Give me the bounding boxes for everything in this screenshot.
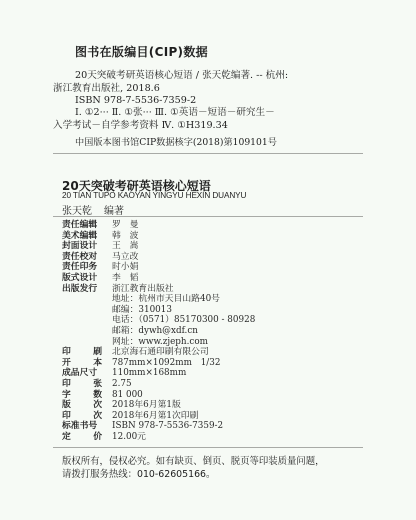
info-row: 责任编辑罗 曼 xyxy=(62,220,255,231)
info-value: 邮箱：dywh@xdf.cn xyxy=(112,326,198,337)
info-label xyxy=(62,294,112,305)
info-value: 12.00元 xyxy=(112,432,146,443)
info-value: 110mm×168mm xyxy=(112,368,186,379)
cip-line-3: ISBN 978-7-5536-7359-2 xyxy=(75,95,196,108)
info-row: 地址：杭州市天目山路40号 xyxy=(62,294,255,305)
info-row: 字数81 000 xyxy=(62,390,255,401)
info-row: 印次2018年6月第1次印刷 xyxy=(62,411,255,422)
info-label: 美术编辑 xyxy=(62,231,112,242)
cip-classification-1: Ⅰ. ①2··· Ⅱ. ①张··· Ⅲ. ①英语－短语－研究生－ xyxy=(75,107,275,120)
info-row: 定价12.00元 xyxy=(62,432,255,443)
info-label xyxy=(62,305,112,316)
info-label xyxy=(62,326,112,337)
info-label-char: 刷 xyxy=(93,347,102,358)
info-label xyxy=(62,315,112,326)
info-label: 版次 xyxy=(62,400,112,411)
info-label-text: 责任校对 xyxy=(62,252,97,263)
cip-record-number: 中国版本图书馆CIP数据核字(2018)第109101号 xyxy=(75,137,277,150)
info-row: 印刷北京海石通印刷有限公司 xyxy=(62,347,255,358)
info-value: 北京海石通印刷有限公司 xyxy=(112,347,209,358)
info-value: 2018年6月第1版 xyxy=(112,400,181,411)
info-row: 美术编辑韩 波 xyxy=(62,231,255,242)
info-row: 电话：（0571）85170300 - 80928 xyxy=(62,315,255,326)
info-label: 标准书号 xyxy=(62,421,112,432)
copyright-line-2: 请拨打服务热线：010-62605166。 xyxy=(62,468,325,481)
divider xyxy=(53,153,363,154)
info-value: 81 000 xyxy=(112,390,143,401)
info-label-char: 本 xyxy=(93,358,102,369)
info-label: 出版发行 xyxy=(62,284,112,295)
info-label: 封面设计 xyxy=(62,241,112,252)
info-label: 开本 xyxy=(62,358,112,369)
info-value: 韩 波 xyxy=(112,231,138,242)
info-label-char: 版 xyxy=(62,400,71,411)
info-row: 封面设计王 嵩 xyxy=(62,241,255,252)
info-label: 印次 xyxy=(62,411,112,422)
info-row: 版次2018年6月第1版 xyxy=(62,400,255,411)
info-row: 出版发行浙江教育出版社 xyxy=(62,284,255,295)
info-label-char: 开 xyxy=(62,358,71,369)
info-value: ISBN 978-7-5536-7359-2 xyxy=(112,421,223,432)
info-label-char: 印 xyxy=(62,379,71,390)
divider xyxy=(53,447,363,448)
info-value: 网址：www.zjeph.com xyxy=(112,337,208,348)
info-value: 787mm×1092mm 1/32 xyxy=(112,358,220,369)
info-value: 邮编：310013 xyxy=(112,305,172,316)
info-label-char: 定 xyxy=(62,432,71,443)
info-label-text: 标准书号 xyxy=(62,421,97,432)
info-label-text: 责任印务 xyxy=(62,262,97,273)
info-value: 浙江教育出版社 xyxy=(112,284,174,295)
info-label-char: 字 xyxy=(62,390,71,401)
info-label xyxy=(62,337,112,348)
info-label-char: 价 xyxy=(93,432,102,443)
info-value: 地址：杭州市天目山路40号 xyxy=(112,294,220,305)
info-row: 标准书号ISBN 978-7-5536-7359-2 xyxy=(62,421,255,432)
book-title-pinyin: 20 TIAN TUPO KAOYAN YINGYU HEXIN DUANYU xyxy=(62,191,246,200)
info-value: 李 韬 xyxy=(112,273,138,284)
info-row: 责任校对马立改 xyxy=(62,252,255,263)
info-label-char: 印 xyxy=(62,347,71,358)
info-value: 罗 曼 xyxy=(112,220,138,231)
info-label: 责任校对 xyxy=(62,252,112,263)
cip-heading: 图书在版编目(CIP)数据 xyxy=(75,43,208,60)
info-row: 邮箱：dywh@xdf.cn xyxy=(62,326,255,337)
info-value: 马立改 xyxy=(112,252,138,263)
info-row: 网址：www.zjeph.com xyxy=(62,337,255,348)
cip-line-2: 浙江教育出版社, 2018.6 xyxy=(53,83,160,96)
info-label-char: 次 xyxy=(93,400,102,411)
divider xyxy=(53,216,363,217)
info-row: 责任印务时小娟 xyxy=(62,262,255,273)
info-row: 开本787mm×1092mm 1/32 xyxy=(62,358,255,369)
info-row: 印张2.75 xyxy=(62,379,255,390)
info-label-text: 出版发行 xyxy=(62,284,97,295)
info-value: 2018年6月第1次印刷 xyxy=(112,411,198,422)
info-label-text: 版式设计 xyxy=(62,273,97,284)
info-label: 字数 xyxy=(62,390,112,401)
info-label: 责任编辑 xyxy=(62,220,112,231)
info-label-char: 次 xyxy=(93,411,102,422)
info-label: 印刷 xyxy=(62,347,112,358)
info-value: 2.75 xyxy=(112,379,132,390)
cip-line-1: 20天突破考研英语核心短语 / 张天乾编著. -- 杭州: xyxy=(75,70,288,83)
info-row: 邮编：310013 xyxy=(62,305,255,316)
info-row: 版式设计李 韬 xyxy=(62,273,255,284)
publication-info: 责任编辑罗 曼美术编辑韩 波封面设计王 嵩责任校对马立改责任印务时小娟版式设计李… xyxy=(62,220,255,442)
book-author: 张天乾编著 xyxy=(62,202,124,217)
info-label: 印张 xyxy=(62,379,112,390)
info-label-text: 美术编辑 xyxy=(62,231,97,242)
info-label: 责任印务 xyxy=(62,262,112,273)
info-label-text: 责任编辑 xyxy=(62,220,97,231)
copyright-line-1: 版权所有，侵权必究。如有缺页、倒页、脱页等印装质量问题， xyxy=(62,455,325,468)
info-label-text: 成品尺寸 xyxy=(62,368,97,379)
info-label-char: 印 xyxy=(62,411,71,422)
info-label: 成品尺寸 xyxy=(62,368,112,379)
info-label: 版式设计 xyxy=(62,273,112,284)
copyright-notice: 版权所有，侵权必究。如有缺页、倒页、脱页等印装质量问题， 请拨打服务热线：010… xyxy=(62,455,325,481)
info-value: 时小娟 xyxy=(112,262,138,273)
cip-classification-2: 入学考试－自学参考资料 Ⅳ. ①H319.34 xyxy=(53,120,228,133)
info-row: 成品尺寸110mm×168mm xyxy=(62,368,255,379)
info-value: 王 嵩 xyxy=(112,241,138,252)
info-label-char: 数 xyxy=(93,390,102,401)
info-value: 电话：（0571）85170300 - 80928 xyxy=(112,315,255,326)
info-label-char: 张 xyxy=(93,379,102,390)
info-label-text: 封面设计 xyxy=(62,241,97,252)
info-label: 定价 xyxy=(62,432,112,443)
